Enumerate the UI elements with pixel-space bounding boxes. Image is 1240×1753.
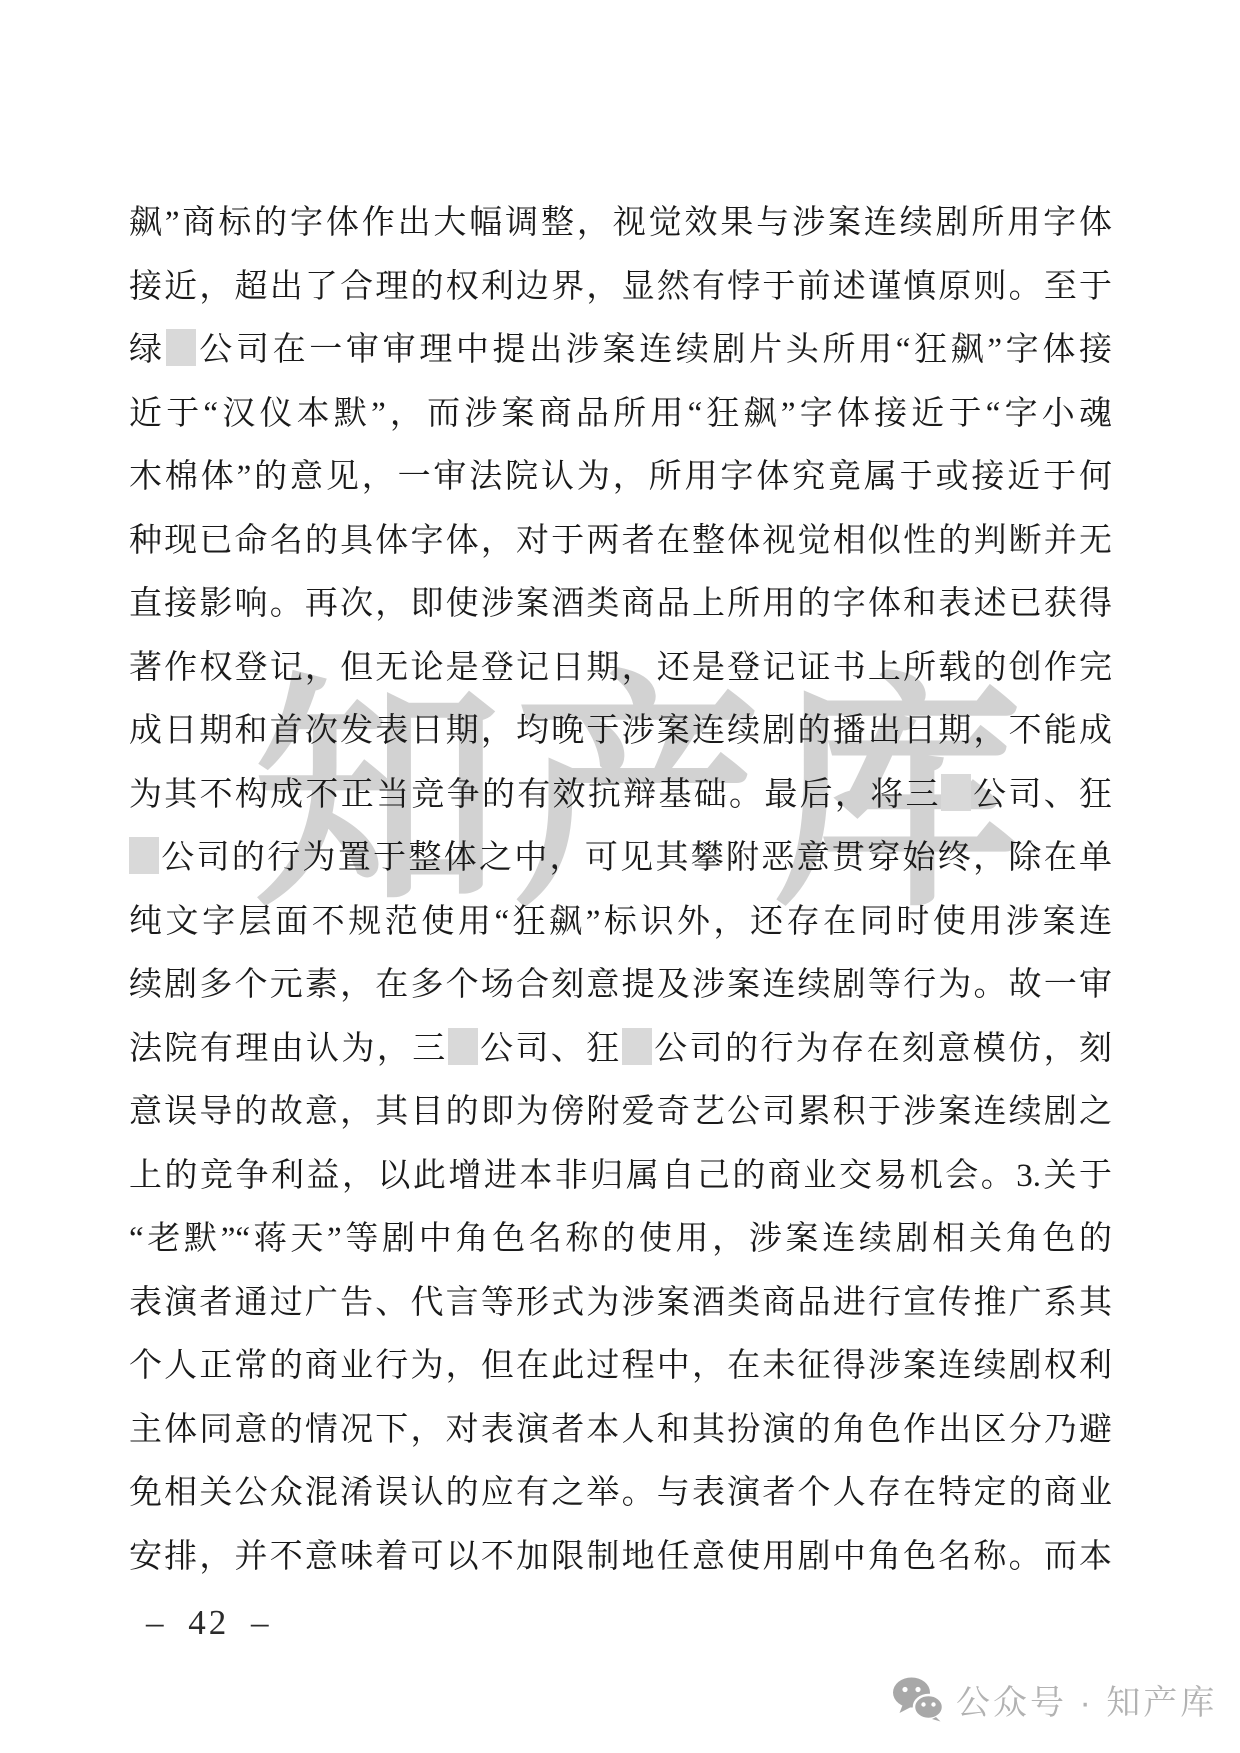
text-segment: 著作权登记，但无论是登记日期，还是登记证书上所载的创作完	[129, 650, 1112, 686]
text-line: 公司的行为置于整体之中，可见其攀附恶意贯穿始终，除在单	[129, 827, 1112, 891]
text-line: 直接影响。再次，即使涉案酒类商品上所用的字体和表述已获得	[129, 573, 1112, 637]
text-segment: 飙”商标的字体作出大幅调整，视觉效果与涉案连续剧所用字体	[129, 205, 1112, 241]
text-segment: 种现已命名的具体字体，对于两者在整体视觉相似性的判断并无	[129, 523, 1112, 559]
text-line: 绿公司在一审审理中提出涉案连续剧片头所用“狂飙”字体接	[129, 319, 1112, 383]
text-segment: 为其不构成不正当竞争的有效抗辩基础。最后，将三	[129, 777, 941, 813]
text-line: 飙”商标的字体作出大幅调整，视觉效果与涉案连续剧所用字体	[129, 192, 1112, 256]
text-line: 著作权登记，但无论是登记日期，还是登记证书上所载的创作完	[129, 637, 1112, 701]
text-line: 个人正常的商业行为，但在此过程中，在未征得涉案连续剧权利	[129, 1335, 1112, 1399]
text-segment: 意误导的故意，其目的即为傍附爱奇艺公司累积于涉案连续剧之	[129, 1094, 1112, 1130]
document-body: 飙”商标的字体作出大幅调整，视觉效果与涉案连续剧所用字体接近，超出了合理的权利边…	[129, 192, 1112, 1589]
text-line: 近于“汉仪本默”，而涉案商品所用“狂飙”字体接近于“字小魂	[129, 383, 1112, 447]
document-page: 知产库 飙”商标的字体作出大幅调整，视觉效果与涉案连续剧所用字体接近，超出了合理…	[0, 0, 1240, 1753]
text-segment: 直接影响。再次，即使涉案酒类商品上所用的字体和表述已获得	[129, 586, 1112, 622]
redaction-box	[129, 837, 159, 874]
text-segment: 续剧多个元素，在多个场合刻意提及涉案连续剧等行为。故一审	[129, 967, 1112, 1003]
text-segment: 主体同意的情况下，对表演者本人和其扮演的角色作出区分乃避	[129, 1412, 1112, 1448]
text-segment: 免相关公众混淆误认的应有之举。与表演者个人存在特定的商业	[129, 1475, 1112, 1511]
text-segment: 法院有理由认为，三	[129, 1031, 448, 1067]
redaction-box	[622, 1028, 652, 1065]
text-line: 主体同意的情况下，对表演者本人和其扮演的角色作出区分乃避	[129, 1399, 1112, 1463]
text-segment: “老默”“蒋天”等剧中角色名称的使用，涉案连续剧相关角色的	[129, 1221, 1112, 1257]
footer-brand: 公众号 · 知产库	[892, 1674, 1217, 1724]
text-line: 种现已命名的具体字体，对于两者在整体视觉相似性的判断并无	[129, 510, 1112, 574]
text-line: 免相关公众混淆误认的应有之举。与表演者个人存在特定的商业	[129, 1462, 1112, 1526]
text-segment: 上的竞争利益，以此增进本非归属自己的商业交易机会。3.关于	[129, 1158, 1112, 1194]
text-line: 成日期和首次发表日期，均晚于涉案连续剧的播出日期，不能成	[129, 700, 1112, 764]
text-line: 为其不构成不正当竞争的有效抗辩基础。最后，将三公司、狂	[129, 764, 1112, 828]
text-segment: 个人正常的商业行为，但在此过程中，在未征得涉案连续剧权利	[129, 1348, 1112, 1384]
text-segment: 安排，并不意味着可以不加限制地任意使用剧中角色名称。而本	[129, 1539, 1112, 1575]
text-segment: 表演者通过广告、代言等形式为涉案酒类商品进行宣传推广系其	[129, 1285, 1112, 1321]
text-line: 接近，超出了合理的权利边界，显然有悖于前述谨慎原则。至于	[129, 256, 1112, 320]
text-segment: 近于“汉仪本默”，而涉案商品所用“狂飙”字体接近于“字小魂	[129, 396, 1112, 432]
page-number: – 42 –	[146, 1602, 272, 1644]
text-segment: 成日期和首次发表日期，均晚于涉案连续剧的播出日期，不能成	[129, 713, 1112, 749]
text-segment: 接近，超出了合理的权利边界，显然有悖于前述谨慎原则。至于	[129, 269, 1112, 305]
text-line: “老默”“蒋天”等剧中角色名称的使用，涉案连续剧相关角色的	[129, 1208, 1112, 1272]
redaction-box	[448, 1028, 478, 1065]
redaction-box	[166, 329, 196, 366]
footer-account-label: 公众号 · 知产库	[956, 1675, 1217, 1724]
redaction-box	[941, 774, 971, 811]
text-line: 表演者通过广告、代言等形式为涉案酒类商品进行宣传推广系其	[129, 1272, 1112, 1336]
text-line: 续剧多个元素，在多个场合刻意提及涉案连续剧等行为。故一审	[129, 954, 1112, 1018]
text-segment: 公司的行为存在刻意模仿，刻	[652, 1031, 1112, 1067]
text-segment: 公司、狂	[478, 1031, 622, 1067]
text-segment: 木棉体”的意见，一审法院认为，所用字体究竟属于或接近于何	[129, 459, 1112, 495]
text-segment: 纯文字层面不规范使用“狂飙”标识外，还存在同时使用涉案连	[129, 904, 1112, 940]
text-segment: 绿	[129, 332, 166, 368]
text-line: 法院有理由认为，三公司、狂公司的行为存在刻意模仿，刻	[129, 1018, 1112, 1082]
wechat-icon	[892, 1676, 944, 1722]
text-segment: 公司、狂	[971, 777, 1112, 813]
text-line: 上的竞争利益，以此增进本非归属自己的商业交易机会。3.关于	[129, 1145, 1112, 1209]
text-line: 木棉体”的意见，一审法院认为，所用字体究竟属于或接近于何	[129, 446, 1112, 510]
text-line: 纯文字层面不规范使用“狂飙”标识外，还存在同时使用涉案连	[129, 891, 1112, 955]
text-segment: 公司在一审审理中提出涉案连续剧片头所用“狂飙”字体接	[196, 332, 1112, 368]
text-line: 安排，并不意味着可以不加限制地任意使用剧中角色名称。而本	[129, 1526, 1112, 1590]
text-segment: 公司的行为置于整体之中，可见其攀附恶意贯穿始终，除在单	[159, 840, 1112, 876]
text-line: 意误导的故意，其目的即为傍附爱奇艺公司累积于涉案连续剧之	[129, 1081, 1112, 1145]
